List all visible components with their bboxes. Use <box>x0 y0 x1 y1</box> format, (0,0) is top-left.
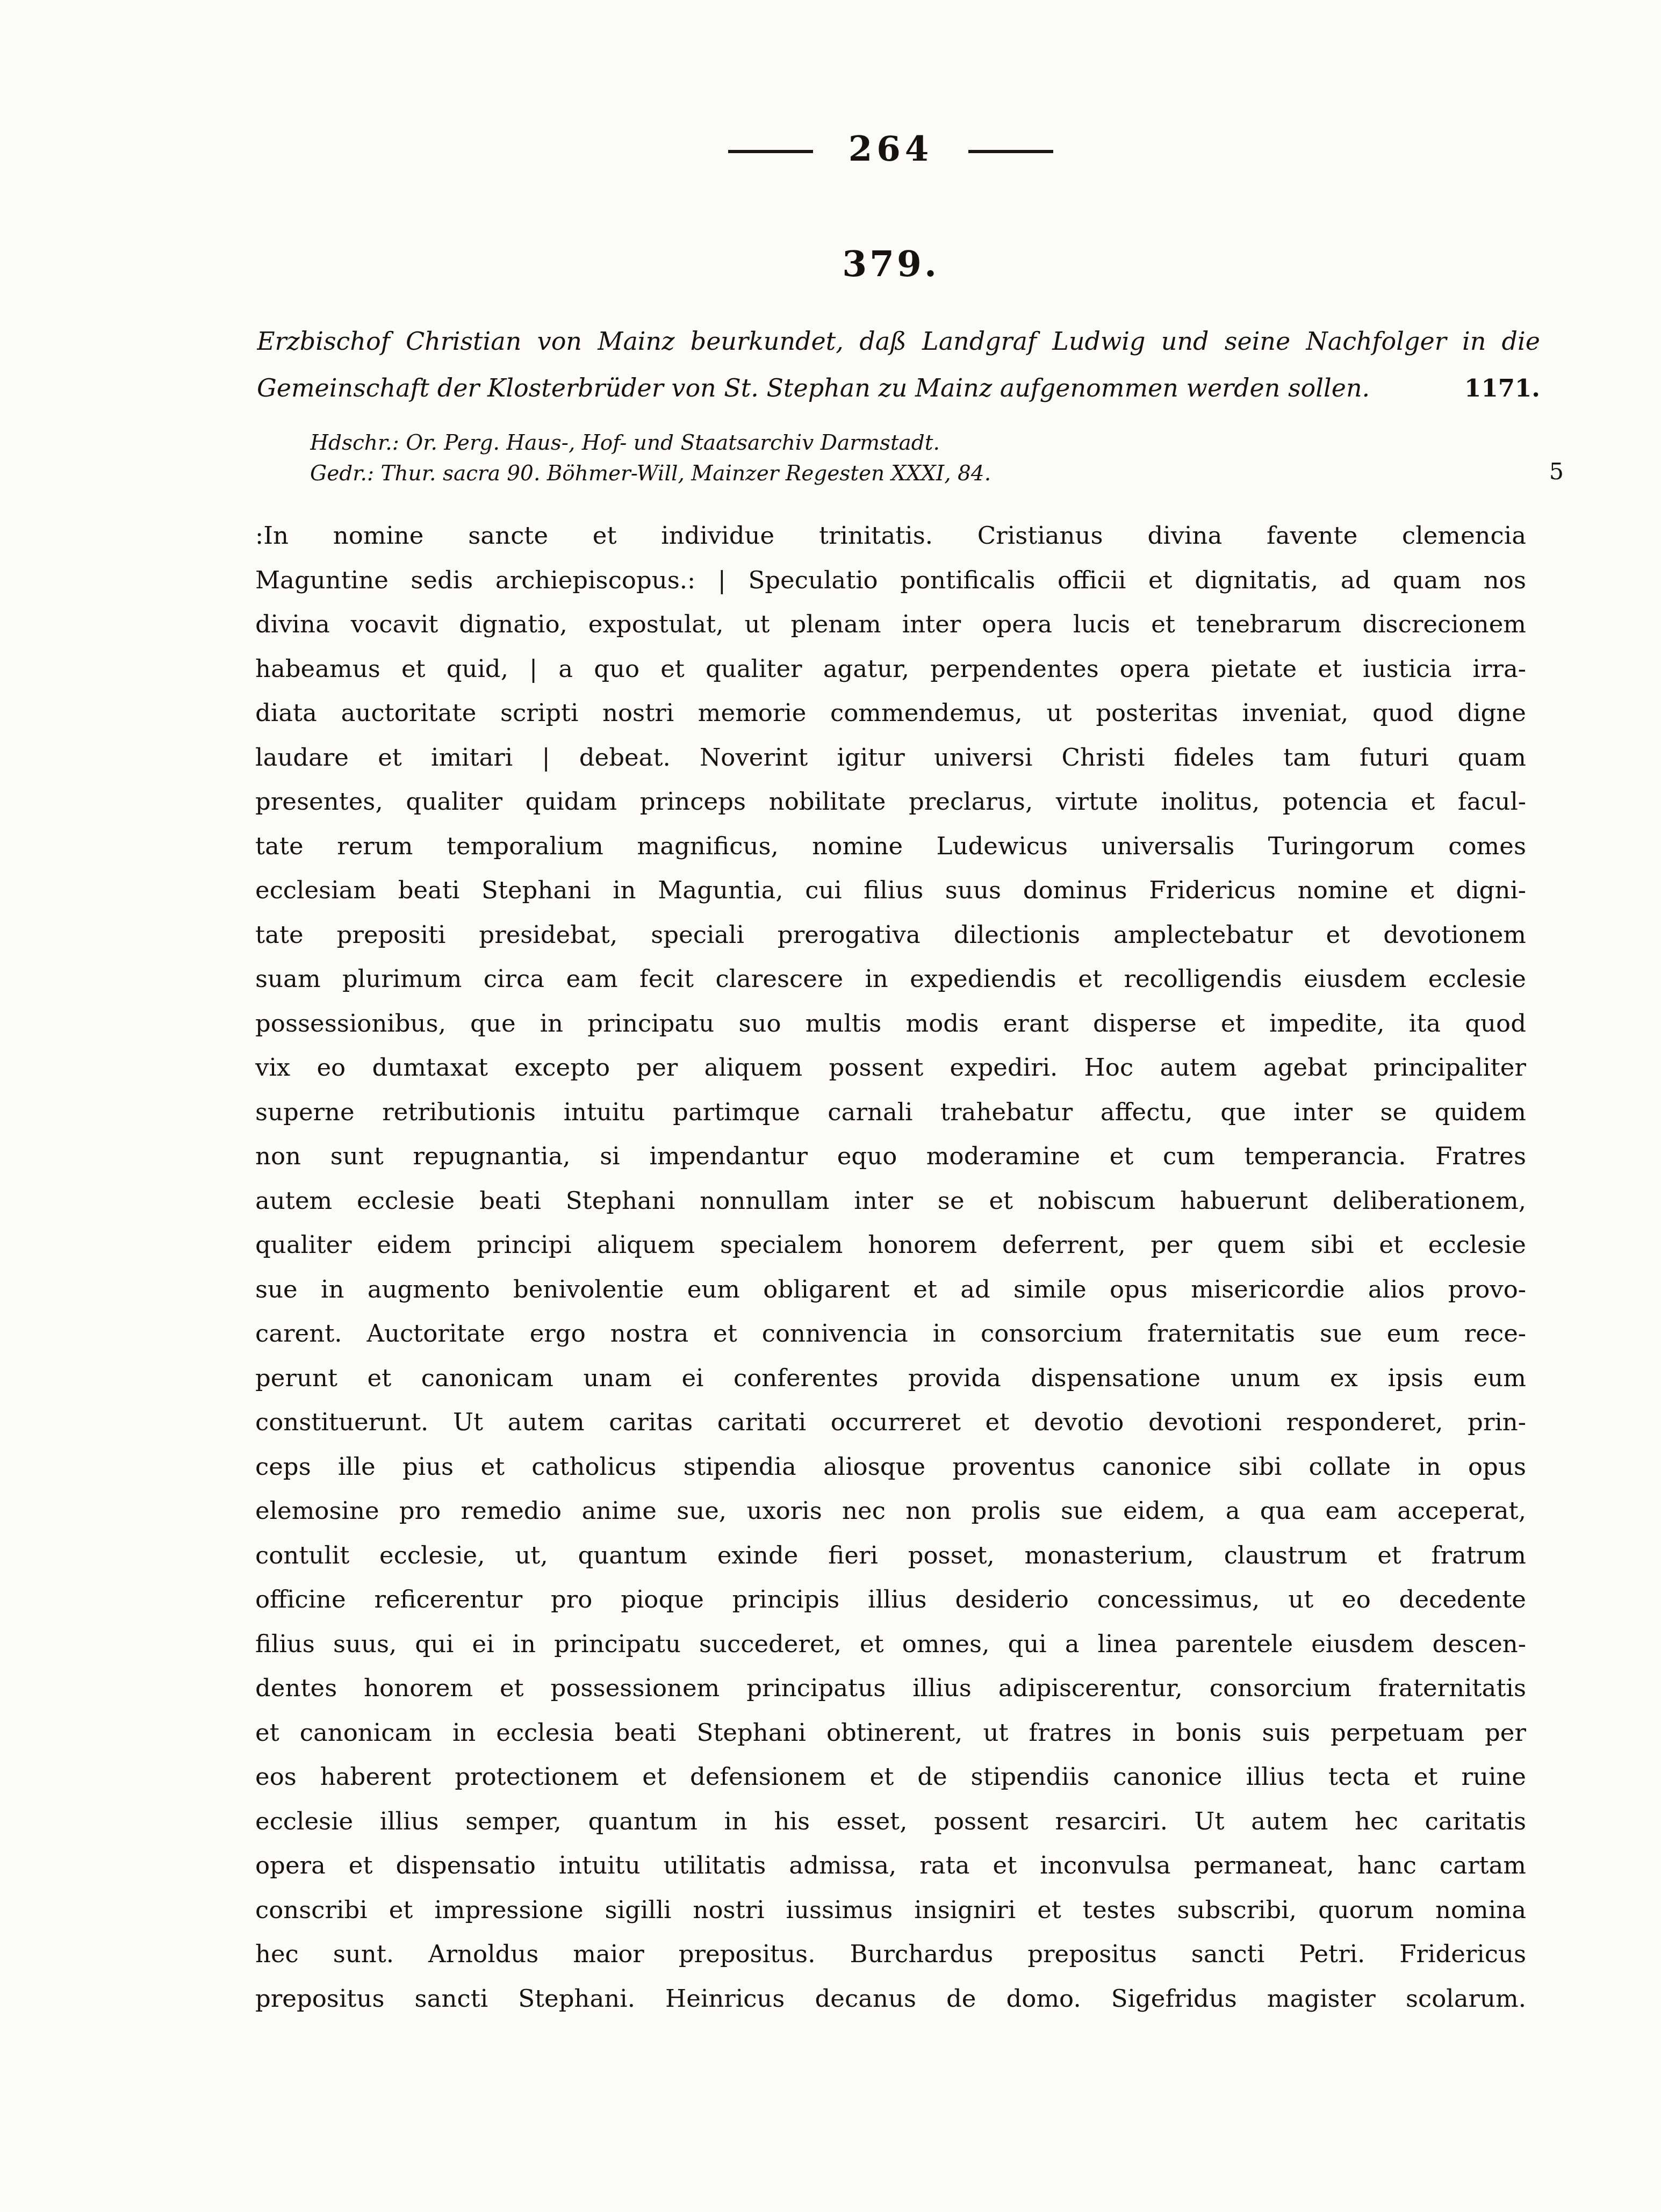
text-line-content: possessionibus, que in principatu suo mu… <box>255 1009 1526 1037</box>
text-line-content: tate prepositi presidebat, speciali prer… <box>255 920 1526 949</box>
text-line: conscribi et impressione sigilli nostri … <box>255 1888 1526 1933</box>
source-references: Hdschr.: Or. Perg. Haus-, Hof- und Staat… <box>310 428 1439 489</box>
text-line: officine reficerentur pro pioque princip… <box>255 1577 1526 1622</box>
text-line: constituerunt. Ut autem caritas caritati… <box>255 1400 1526 1445</box>
text-line: suam plurimum circa eam fecit clarescere… <box>255 957 1526 1001</box>
text-line-content: sue in augmento benivolentie eum obligar… <box>255 1275 1526 1303</box>
text-line-content: ecclesiam beati Stephani in Maguntia, cu… <box>255 876 1526 904</box>
charter-year: 1171. <box>1464 365 1540 412</box>
text-line-content: superne retributionis intuitu partimque … <box>255 1098 1526 1126</box>
text-line: opera et dispensatio intuitu utilitatis … <box>255 1843 1526 1888</box>
regest-summary: Erzbischof Christian von Mainz beurkunde… <box>257 318 1540 412</box>
text-line: elemosine pro remedio anime sue, uxoris … <box>255 1489 1526 1533</box>
text-line: tate rerum temporalium magnificus, nomin… <box>255 824 1526 869</box>
page-header: 264 <box>255 129 1526 169</box>
text-line: hec sunt. Arnoldus maior prepositus. Bur… <box>255 1932 1526 1977</box>
text-line-content: constituerunt. Ut autem caritas caritati… <box>255 1408 1526 1436</box>
text-line-content: elemosine pro remedio anime sue, uxoris … <box>255 1496 1526 1525</box>
text-line-content: prepositus sancti Stephani. Heinricus de… <box>255 1984 1526 2013</box>
text-line: ecclesiam beati Stephani in Maguntia, cu… <box>255 868 1526 913</box>
text-line-content: Maguntine sedis archiepiscopus.: | Specu… <box>255 566 1526 594</box>
text-line-content: divina vocavit dignatio, expostulat, ut … <box>255 610 1526 638</box>
text-line: eos haberent protectionem et defensionem… <box>255 1755 1526 1799</box>
text-line-content: officine reficerentur pro pioque princip… <box>255 1585 1526 1613</box>
text-line: Maguntine sedis archiepiscopus.: | Specu… <box>255 558 1526 603</box>
regest-summary-line: Erzbischof Christian von Mainz beurkunde… <box>257 318 1540 365</box>
text-line: dentes honorem et possessionem principat… <box>255 1666 1526 1711</box>
text-line-content: ceps ille pius et catholicus stipendia a… <box>255 1452 1526 1481</box>
text-line-content: vix eo dumtaxat excepto per aliquem poss… <box>255 1053 1526 1082</box>
text-line: autem ecclesie beati Stephani nonnullam … <box>255 1179 1526 1223</box>
regest-summary-line: Gemeinschaft der Klosterbrüder von St. S… <box>257 365 1540 412</box>
text-line-content: contulit ecclesie, ut, quantum exinde fi… <box>255 1541 1526 1569</box>
text-line-content: dentes honorem et possessionem principat… <box>255 1674 1526 1702</box>
text-line: carent. Auctoritate ergo nostra et conni… <box>255 1312 1526 1356</box>
text-line: diata auctoritate scripti nostri memorie… <box>255 691 1526 736</box>
header-rule-right <box>968 150 1053 153</box>
text-line: non sunt repugnantia, si impendantur equ… <box>255 1134 1526 1179</box>
text-line: possessionibus, que in principatu suo mu… <box>255 1001 1526 1046</box>
text-line: ceps ille pius et catholicus stipendia a… <box>255 1445 1526 1489</box>
margin-line-number: 30 <box>1515 1577 1526 1622</box>
margin-line-number: 35 <box>1515 1799 1526 1844</box>
text-line: perunt et canonicam unam ei conferentes … <box>255 1356 1526 1401</box>
text-line-content: filius suus, qui ei in principatu succed… <box>255 1630 1526 1658</box>
text-line-content: non sunt repugnantia, si impendantur equ… <box>255 1142 1526 1170</box>
text-line: superne retributionis intuitu partimque … <box>255 1090 1526 1135</box>
document-number-heading: 379. <box>255 243 1526 285</box>
text-line-content: perunt et canonicam unam ei conferentes … <box>255 1364 1526 1392</box>
margin-line-number: 15 <box>1515 913 1526 957</box>
text-line-content: habeamus et quid, | a quo et qualiter ag… <box>255 654 1526 683</box>
text-line: sue in augmento benivolentie eum obligar… <box>255 1267 1526 1312</box>
print-reference: Gedr.: Thur. sacra 90. Böhmer-Will, Main… <box>310 458 1439 489</box>
text-line: et canonicam in ecclesia beati Stephani … <box>255 1711 1526 1755</box>
text-line-content: laudare et imitari | debeat. Noverint ig… <box>255 743 1526 772</box>
text-line-content: presentes, qualiter quidam princeps nobi… <box>255 787 1526 816</box>
text-line: tate prepositi presidebat, speciali prer… <box>255 913 1526 957</box>
text-line-content: carent. Auctoritate ergo nostra et conni… <box>255 1319 1526 1348</box>
margin-line-number: 20 <box>1515 1134 1526 1179</box>
text-line: prepositus sancti Stephani. Heinricus de… <box>255 1977 1526 2021</box>
text-line: :In nomine sancte et individue trinitati… <box>255 514 1526 558</box>
text-line-content: eos haberent protectionem et defensionem… <box>255 1762 1526 1791</box>
text-line-content: et canonicam in ecclesia beati Stephani … <box>255 1718 1526 1747</box>
text-line: qualiter eidem principi aliquem speciale… <box>255 1223 1526 1267</box>
text-line-content: autem ecclesie beati Stephani nonnullam … <box>255 1186 1526 1215</box>
text-line: filius suus, qui ei in principatu succed… <box>255 1622 1526 1667</box>
regest-summary-text: Gemeinschaft der Klosterbrüder von St. S… <box>257 373 1370 402</box>
text-line: laudare et imitari | debeat. Noverint ig… <box>255 736 1526 780</box>
text-line: habeamus et quid, | a quo et qualiter ag… <box>255 647 1526 691</box>
text-line-content: suam plurimum circa eam fecit clarescere… <box>255 964 1526 993</box>
text-line: contulit ecclesie, ut, quantum exinde fi… <box>255 1533 1526 1578</box>
text-line-content: :In nomine sancte et individue trinitati… <box>255 521 1526 550</box>
margin-line-number: 10 <box>1515 691 1526 736</box>
text-line: presentes, qualiter quidam princeps nobi… <box>255 780 1526 824</box>
page-number: 264 <box>849 129 933 169</box>
text-line-content: hec sunt. Arnoldus maior prepositus. Bur… <box>255 1940 1526 1968</box>
text-line: ecclesie illius semper, quantum in his e… <box>255 1799 1526 1844</box>
margin-line-number: 25 <box>1515 1356 1526 1401</box>
text-line-content: tate rerum temporalium magnificus, nomin… <box>255 832 1526 860</box>
text-line-content: qualiter eidem principi aliquem speciale… <box>255 1230 1526 1259</box>
text-line-content: opera et dispensatio intuitu utilitatis … <box>255 1851 1526 1879</box>
margin-line-number: 5 <box>1513 457 1564 487</box>
text-line-content: diata auctoritate scripti nostri memorie… <box>255 698 1526 727</box>
text-line: divina vocavit dignatio, expostulat, ut … <box>255 602 1526 647</box>
text-line: vix eo dumtaxat excepto per aliquem poss… <box>255 1046 1526 1090</box>
scanned-book-page: 264 379. Erzbischof Christian von Mainz … <box>0 0 1661 2212</box>
charter-latin-text: :In nomine sancte et individue trinitati… <box>255 514 1526 2021</box>
text-line-content: ecclesie illius semper, quantum in his e… <box>255 1807 1526 1835</box>
header-rule-left <box>728 150 813 153</box>
text-line-content: conscribi et impressione sigilli nostri … <box>255 1896 1526 1924</box>
manuscript-reference: Hdschr.: Or. Perg. Haus-, Hof- und Staat… <box>310 428 1439 458</box>
